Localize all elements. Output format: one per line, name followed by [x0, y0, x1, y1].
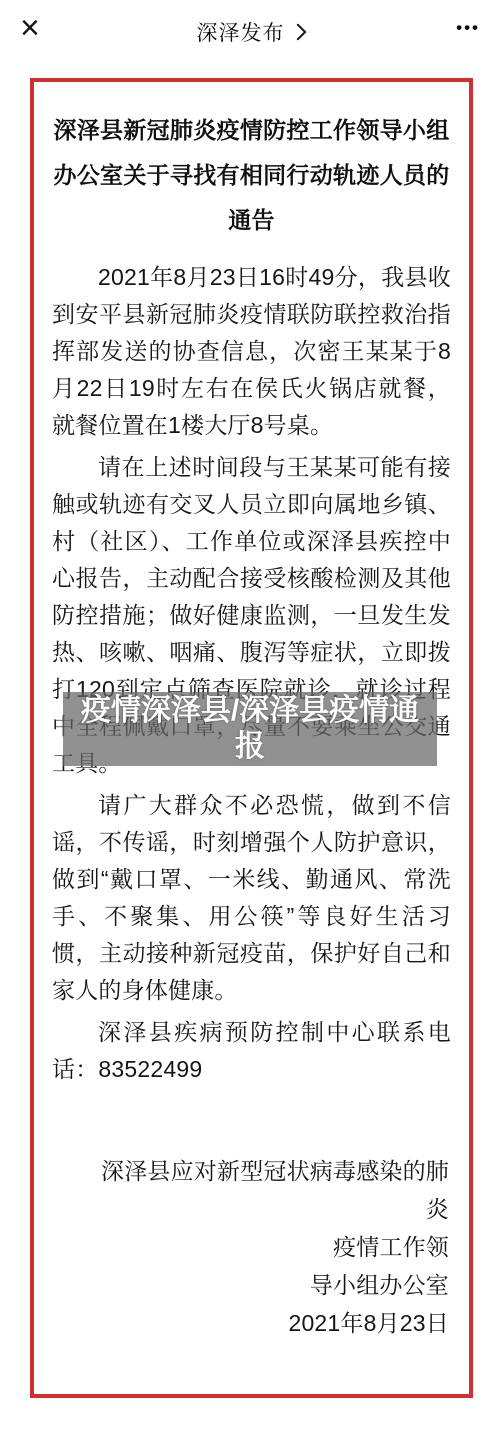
signature-date: 2021年8月23日	[52, 1304, 449, 1342]
notice-paragraph-2: 请在上述时间段与王某某可能有接触或轨迹有交叉人员立即向属地乡镇、村（社区）、工作…	[52, 449, 451, 782]
more-options-icon[interactable]: •••	[456, 18, 480, 38]
close-icon[interactable]: ×	[20, 9, 40, 47]
notice-paragraph-contact: 深泽县疾病预防控制中心联系电话：83522499	[52, 1014, 451, 1088]
account-link[interactable]: 深泽发布	[197, 17, 304, 47]
notice-paragraph-3: 请广大群众不必恐慌，做到不信谣，不传谣，时刻增强个人防护意识，做到“戴口罩、一米…	[52, 787, 451, 1009]
signature-line: 炎	[52, 1190, 449, 1228]
signature-block: 深泽县应对新型冠状病毒感染的肺 炎 疫情工作领 导小组办公室 2021年8月23…	[52, 1152, 451, 1342]
topbar: × 深泽发布 •••	[0, 0, 500, 62]
signature-line: 深泽县应对新型冠状病毒感染的肺	[52, 1152, 449, 1190]
signature-line: 疫情工作领	[52, 1228, 449, 1266]
notice-title: 深泽县新冠肺炎疫情防控工作领导小组办公室关于寻找有相同行动轨迹人员的通告	[52, 108, 451, 243]
notice-document: 深泽县新冠肺炎疫情防控工作领导小组办公室关于寻找有相同行动轨迹人员的通告 202…	[30, 78, 473, 1398]
account-name: 深泽发布	[197, 17, 285, 47]
notice-paragraph-1: 2021年8月23日16时49分，我县收到安平县新冠肺炎疫情联防联控救治指挥部发…	[52, 259, 451, 444]
chevron-right-icon	[289, 23, 306, 40]
signature-line: 导小组办公室	[52, 1266, 449, 1304]
